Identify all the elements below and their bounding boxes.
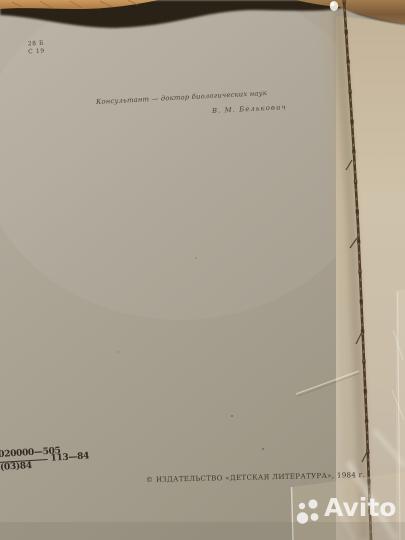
classification-code: 28 Б С 19: [28, 40, 45, 57]
classification-line2: С 19: [28, 48, 45, 57]
plant-bud: [330, 1, 338, 11]
avito-logo-icon: [284, 494, 326, 536]
avito-watermark: Avito: [284, 494, 404, 538]
code-suffix: 113—84: [50, 451, 89, 463]
book-photo: 28 Б С 19 Консультант — доктор биологиче…: [0, 0, 405, 540]
publication-index-code: 020000—505 (03)84 113—84: [0, 443, 110, 482]
plant-bud-highlight: [331, 2, 335, 6]
avito-watermark-text: Avito: [324, 493, 396, 522]
code-denominator: (03)84: [0, 461, 32, 473]
